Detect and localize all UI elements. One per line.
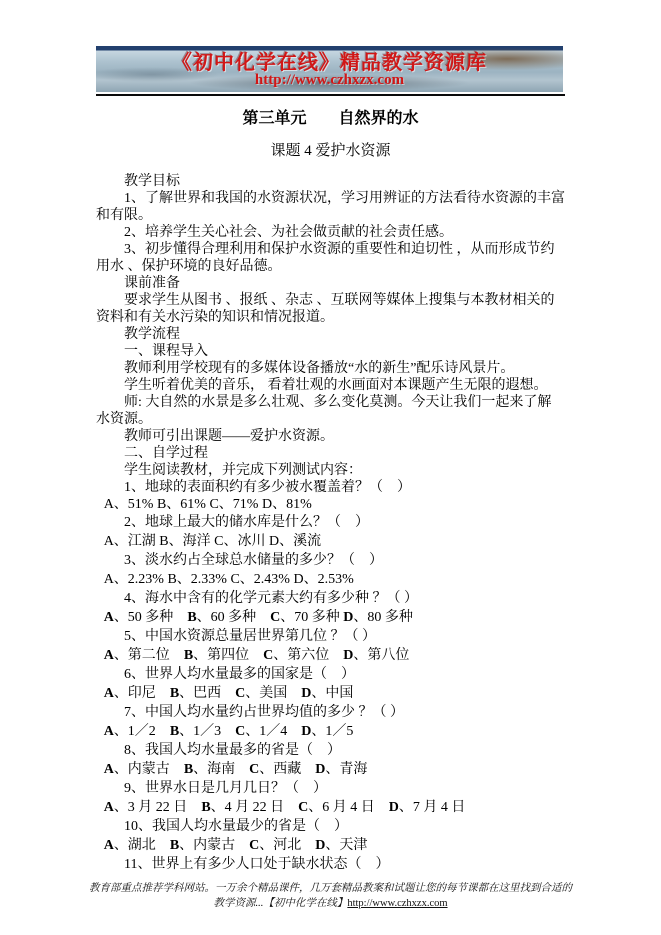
banner-text-block: 《初中化学在线》精品教学资源库 http://www.czhxzx.com xyxy=(96,46,563,92)
option-line: A、江湖 B、海洋 C、冰川 D、溪流 xyxy=(96,532,565,551)
footer-site-url-link[interactable]: http://www.czhxzx.com xyxy=(347,898,447,909)
text-line: 教师利用学校现有的多媒体设备播放“水的新生”配乐诗风景片。 xyxy=(96,360,565,377)
option-line: A、湖北 B、内蒙古 C、河北 D、天津 xyxy=(96,836,565,855)
text-line: 2、地球上最大的储水库是什么？（ ） xyxy=(96,513,565,532)
text-line: 5、中国水资源总量居世界第几位 ？（ ） xyxy=(96,627,565,646)
doc-subtitle: 课题 4 爱护水资源 xyxy=(96,142,565,161)
option-line: A、1／2 B、1／3 C、1／4 D、1／5 xyxy=(96,722,565,741)
text-line: 7、中国人均水量约占世界均值的多少 ？（ ） xyxy=(96,703,565,722)
text-line: 9、世界水日是几月几日？（ ） xyxy=(96,779,565,798)
text-line: 教学流程 xyxy=(96,326,565,343)
site-banner-image: 《初中化学在线》精品教学资源库 http://www.czhxzx.com xyxy=(96,46,563,92)
option-line: A、印尼 B、巴西 C、美国 D、中国 xyxy=(96,684,565,703)
text-line: 8、我国人均水量最多的省是（ ） xyxy=(96,741,565,760)
text-line: 6、世界人均水量最多的国家是（ ） xyxy=(96,665,565,684)
text-line: 课前准备 xyxy=(96,275,565,292)
banner-site-url: http://www.czhxzx.com xyxy=(255,73,404,88)
text-line: 要求学生从图书 、报纸 、杂志 、互联网等媒体上搜集与本教材相关的资料和有关水污… xyxy=(96,292,565,326)
text-line: 2、培养学生关心社会、为社会做贡献的社会责任感。 xyxy=(96,224,565,241)
text-line: 学生阅读教材，并完成下列测试内容： xyxy=(96,462,565,479)
option-line: A、51% B、61% C、71% D、81% xyxy=(96,496,565,513)
page-footer: 教育部重点推荐学科网站。一万余个精品课件，几万套精品教案和试题让您的每节课都在这… xyxy=(88,881,573,911)
text-line: 4、海水中含有的化学元素大约有多少种 ？（ ） xyxy=(96,589,565,608)
header-divider xyxy=(96,94,565,96)
text-line: 11、世界上有多少人口处于缺水状态（ ） xyxy=(96,855,565,874)
option-line: A、第二位 B、第四位 C、第六位 D、第八位 xyxy=(96,646,565,665)
text-line: 二、自学过程 xyxy=(96,445,565,462)
text-line: 3、初步懂得合理利用和保护水资源的重要性和迫切性 ，从而形成节约用水 、保护环境… xyxy=(96,241,565,275)
option-line: A、内蒙古 B、海南 C、西藏 D、青海 xyxy=(96,760,565,779)
text-line: 教学目标 xyxy=(96,173,565,190)
text-line: 1、地球的表面积约有多少被水覆盖着？（ ） xyxy=(96,479,565,496)
text-line: 学生听着优美的音乐， 看着壮观的水画面对本课题产生无限的遐想。 xyxy=(96,377,565,394)
text-line: 师: 大自然的水景是多么壮观、多么变化莫测。今天让我们一起来了解水资源。 xyxy=(96,394,565,428)
text-line: 1、了解世界和我国的水资源状况，学习用辨证的方法看待水资源的丰富和有限。 xyxy=(96,190,565,224)
text-line: 教师可引出课题——爱护水资源。 xyxy=(96,428,565,445)
document-page: 《初中化学在线》精品教学资源库 http://www.czhxzx.com 第三… xyxy=(0,0,661,935)
option-line: A、2.23% B、2.33% C、2.43% D、2.53% xyxy=(96,570,565,589)
option-line: A、50 多种 B、60 多种 C、70 多种 D、80 多种 xyxy=(96,608,565,627)
doc-body: 教学目标1、了解世界和我国的水资源状况，学习用辨证的方法看待水资源的丰富和有限。… xyxy=(96,173,565,874)
text-line: 3、淡水约占全球总水储量的多少？（ ） xyxy=(96,551,565,570)
doc-title: 第三单元 自然界的水 xyxy=(96,109,565,129)
option-line: A、3 月 22 日 B、4 月 22 日 C、6 月 4 日 D、7 月 4 … xyxy=(96,798,565,817)
text-line: 10、我国人均水量最少的省是（ ） xyxy=(96,817,565,836)
footer-site-name: 【初中化学在线】 xyxy=(263,898,347,909)
text-line: 一、课程导入 xyxy=(96,343,565,360)
content-column: 《初中化学在线》精品教学资源库 http://www.czhxzx.com 第三… xyxy=(96,0,565,911)
banner-site-title: 《初中化学在线》精品教学资源库 xyxy=(172,53,487,73)
